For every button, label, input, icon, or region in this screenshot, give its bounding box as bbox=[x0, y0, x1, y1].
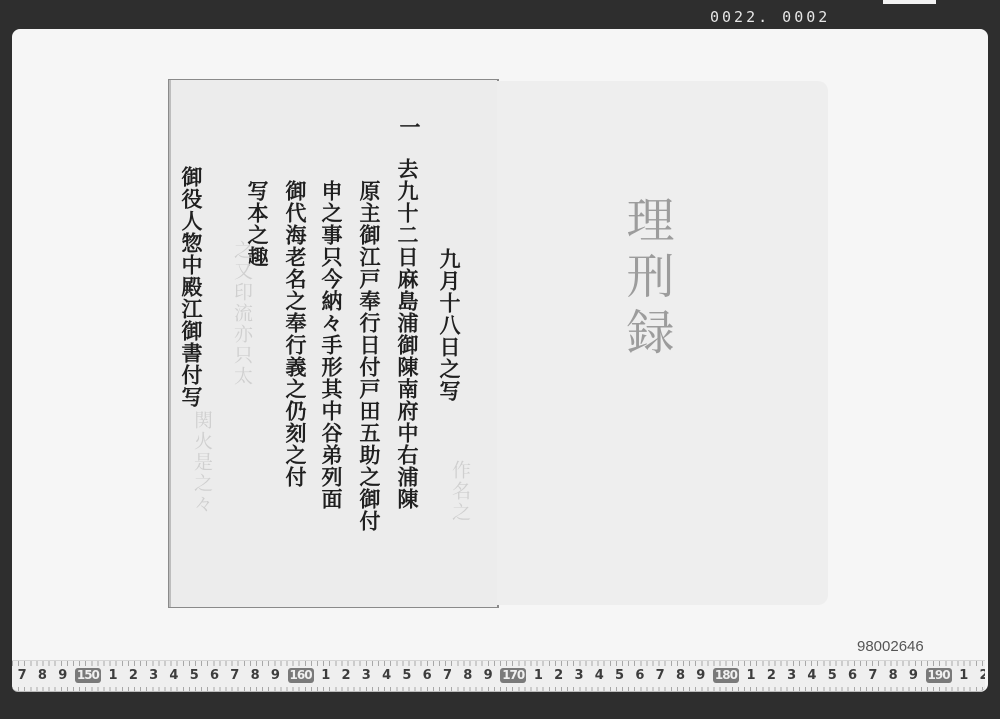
ruler-tick: 2 bbox=[123, 668, 143, 683]
ruler-tick: 5 bbox=[397, 668, 417, 683]
ruler-major-tick: 170 bbox=[500, 668, 526, 683]
text-column-5: 御代海老名之奉行義之仍刻之付 bbox=[285, 180, 306, 488]
ruler-tick: 3 bbox=[356, 668, 376, 683]
ruler-labels: 7 8 9 150 1 2 3 4 5 6 7 8 9 160 1 2 3 4 … bbox=[12, 668, 985, 683]
ruler-tick: 2 bbox=[974, 668, 985, 683]
ruler-tick: 8 bbox=[32, 668, 52, 683]
text-column-2: 去九十二日麻島浦御陳南府中右浦陳 bbox=[397, 158, 418, 510]
ruler-tick: 3 bbox=[569, 668, 589, 683]
ruler-tick: 5 bbox=[822, 668, 842, 683]
ruler-tick: 8 bbox=[883, 668, 903, 683]
text-column-3: 原主御江戸奉行日付戸田五助之御付 bbox=[359, 180, 380, 532]
ruler-tick: 9 bbox=[478, 668, 498, 683]
ruler-major-tick: 180 bbox=[713, 668, 739, 683]
ruler-major-tick: 160 bbox=[288, 668, 314, 683]
bleed-through-text: 作名之 bbox=[447, 460, 474, 523]
ruler-tick: 7 bbox=[863, 668, 883, 683]
left-page: 一 去九十二日麻島浦御陳南府中右浦陳 原主御江戸奉行日付戸田五助之御付 申之事只… bbox=[168, 79, 499, 608]
ruler-tick: 9 bbox=[265, 668, 285, 683]
ruler-tick: 9 bbox=[903, 668, 923, 683]
date-column: 九月十八日之写 bbox=[439, 248, 460, 402]
ruler-tick: 6 bbox=[417, 668, 437, 683]
ruler-tick: 2 bbox=[336, 668, 356, 683]
ruler-major-tick: 150 bbox=[75, 668, 101, 683]
cover-title: 理刑録 bbox=[612, 195, 681, 363]
ruler-tick: 1 bbox=[316, 668, 336, 683]
ruler-major-tick: 190 bbox=[926, 668, 952, 683]
ruler-tick: 8 bbox=[245, 668, 265, 683]
ruler-tick: 4 bbox=[164, 668, 184, 683]
film-holder-tab bbox=[883, 0, 936, 4]
ruler-tick: 6 bbox=[204, 668, 224, 683]
ruler-tick: 6 bbox=[842, 668, 862, 683]
ruler-tick: 7 bbox=[437, 668, 457, 683]
measuring-ruler: 7 8 9 150 1 2 3 4 5 6 7 8 9 160 1 2 3 4 … bbox=[12, 660, 985, 692]
ruler-tick: 9 bbox=[691, 668, 711, 683]
ruler-tick: 7 bbox=[650, 668, 670, 683]
text-column-1: 一 bbox=[399, 116, 420, 138]
ruler-tick: 8 bbox=[458, 668, 478, 683]
ruler-tick: 7 bbox=[225, 668, 245, 683]
text-column-4: 申之事只今納々手形其中谷弟列面 bbox=[321, 180, 342, 510]
bleed-through-text: 関火是之々 bbox=[189, 410, 216, 515]
ruler-tick: 1 bbox=[741, 668, 761, 683]
ruler-tick: 5 bbox=[609, 668, 629, 683]
ruler-tick: 2 bbox=[549, 668, 569, 683]
ruler-tick: 8 bbox=[670, 668, 690, 683]
ruler-tick: 1 bbox=[103, 668, 123, 683]
ruler-tick: 1 bbox=[528, 668, 548, 683]
ruler-tick: 1 bbox=[954, 668, 974, 683]
ruler-tick: 4 bbox=[589, 668, 609, 683]
ruler-tick: 4 bbox=[802, 668, 822, 683]
ruler-tick: 5 bbox=[184, 668, 204, 683]
catalog-id: 98002646 bbox=[857, 638, 924, 655]
ruler-tick: 7 bbox=[12, 668, 32, 683]
ruler-tick: 6 bbox=[630, 668, 650, 683]
ruler-tick: 3 bbox=[143, 668, 163, 683]
ruler-tick: 9 bbox=[53, 668, 73, 683]
frame-number: 0022. 0002 bbox=[710, 8, 830, 26]
text-column-7: 御役人惣中殿江御書付写 bbox=[181, 166, 202, 408]
ruler-tick: 2 bbox=[761, 668, 781, 683]
bleed-through-text: 之又印流亦只太 bbox=[229, 240, 256, 387]
ruler-tick: 3 bbox=[782, 668, 802, 683]
ruler-tick: 4 bbox=[376, 668, 396, 683]
